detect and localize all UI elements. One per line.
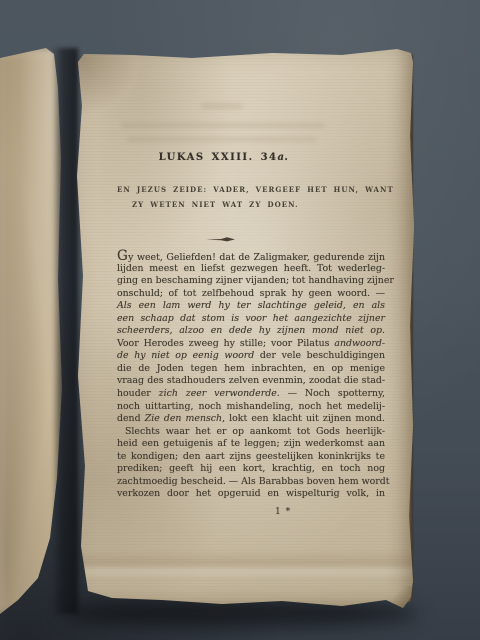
signature-mark: 1 * [275,507,291,517]
body-text-line: zachtmoedig bescheid. — Als Barabbas bov… [117,476,385,489]
printers-rule-icon [206,228,236,235]
spine-shadow [52,48,78,614]
book-photo: LUKAS XXIII. 34a. EN JEZUS ZEIDE: VADER,… [0,0,480,640]
body-text-line: heid een getuigenis af te leggen; zijn w… [117,438,385,451]
body-text-line: scheerders, alzoo en dede hy zijnen mond… [117,325,385,338]
epigraph-line: EN JEZUS ZEIDE: VADER, VERGEEF HET HUN, … [117,182,397,197]
body-text-line: Voor Herodes zweeg hy stille; voor Pilat… [117,338,385,351]
body-text-line: Gy weet, Geliefden! dat de Zaligmaker, g… [117,250,385,263]
body-text-line: noch uittarting, noch mishandeling, noch… [117,401,385,414]
body-text-line: verkozen door het opgeruid en wispelturi… [117,488,385,501]
bleed-through-mark [127,137,317,142]
paper-crease [72,551,414,579]
body-text-line: Slechts waar het er op aankomt tot Gods … [117,426,385,439]
body-text-line: dend Zie den mensch, lokt een klacht uit… [117,413,385,426]
body-text-line: prediken; geeft hij een kort, krachtig, … [117,463,385,476]
bleed-through-mark [201,103,243,109]
body-text: Gy weet, Geliefden! dat de Zaligmaker, g… [117,250,385,501]
body-text-line: lijden meest en liefst gezwegen heeft. T… [117,263,385,276]
body-text-line: vraag des stadhouders zelven evenmin, zo… [117,375,385,388]
book-page: LUKAS XXIII. 34a. EN JEZUS ZEIDE: VADER,… [72,46,414,614]
body-text-line: een schaap dat stom is voor het aangezic… [117,313,385,326]
epigraph-line: ZY WETEN NIET WAT ZY DOEN. [117,197,397,212]
body-text-line: houder zich zeer verwonderde. — Noch spo… [117,388,385,401]
body-text-line: onschuld; of tot zelfbehoud sprak hy gee… [117,288,385,301]
body-text-line: die de Joden tegen hem inbrachten, en op… [117,363,385,376]
epigraph: EN JEZUS ZEIDE: VADER, VERGEEF HET HUN, … [117,182,397,212]
body-text-line: te kondigen; den aart zijns geestelijken… [117,451,385,464]
bleed-through-mark [121,123,325,128]
page-title: LUKAS XXIII. 34a. [90,152,358,163]
body-text-line: Als een lam werd hy ter slachtinge gelei… [117,300,385,313]
body-text-line: de hy niet op eenig woord der vele besch… [117,350,385,363]
body-text-line: ging en beschaming zijner vijanden; tot … [117,275,385,288]
